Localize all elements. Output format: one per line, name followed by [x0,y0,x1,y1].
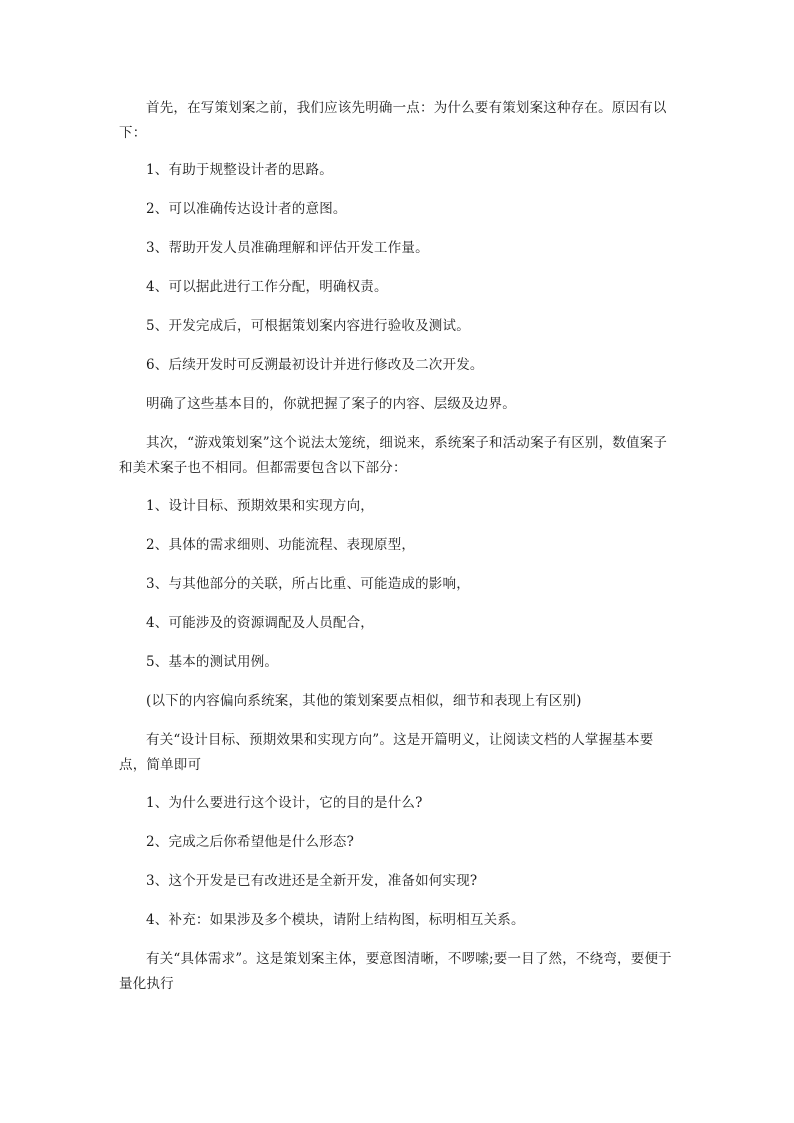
list-item: 1、设计目标、预期效果和实现方向， [119,494,679,519]
list-item: 6、后续开发时可反溯最初设计并进行修改及二次开发。 [119,353,679,378]
list-item: 1、有助于规整设计者的思路。 [119,158,679,183]
list-item: 2、完成之后你希望他是什么形态? [119,830,679,855]
list-item: 2、可以准确传达设计者的意图。 [119,197,679,222]
paragraph-design-goals: 有关“设计目标、预期效果和实现方向”。这是开篇明义，让阅读文档的人掌握基本要点，… [119,728,679,778]
document-page: 首先，在写策划案之前，我们应该先明确一点：为什么要有策划案这种存在。原因有以下：… [0,0,794,1123]
list-item: 4、可以据此进行工作分配，明确权责。 [119,275,679,300]
paragraph-summary: 明确了这些基本目的，你就把握了案子的内容、层级及边界。 [119,392,679,417]
list-item: 5、开发完成后，可根据策划案内容进行验收及测试。 [119,314,679,339]
list-item: 3、与其他部分的关联，所占比重、可能造成的影响， [119,572,679,597]
list-item: 3、这个开发是已有改进还是全新开发，准备如何实现? [119,869,679,894]
paragraph-second: 其次，“游戏策划案”这个说法太笼统，细说来，系统案子和活动案子有区别，数值案子和… [119,431,679,481]
paragraph-requirements: 有关“具体需求”。这是策划案主体，要意图清晰，不啰嗦;要一目了然，不绕弯，要便于… [119,947,679,997]
list-item: 5、基本的测试用例。 [119,650,679,675]
list-item: 1、为什么要进行这个设计，它的目的是什么? [119,791,679,816]
list-item: 4、可能涉及的资源调配及人员配合， [119,611,679,636]
paragraph-intro: 首先，在写策划案之前，我们应该先明确一点：为什么要有策划案这种存在。原因有以下： [119,96,679,146]
list-item: 4、补充：如果涉及多个模块，请附上结构图，标明相互关系。 [119,908,679,933]
paragraph-note: (以下的内容偏向系统案，其他的策划案要点相似，细节和表现上有区别) [119,689,679,714]
list-item: 2、具体的需求细则、功能流程、表现原型， [119,533,679,558]
list-item: 3、帮助开发人员准确理解和评估开发工作量。 [119,236,679,261]
